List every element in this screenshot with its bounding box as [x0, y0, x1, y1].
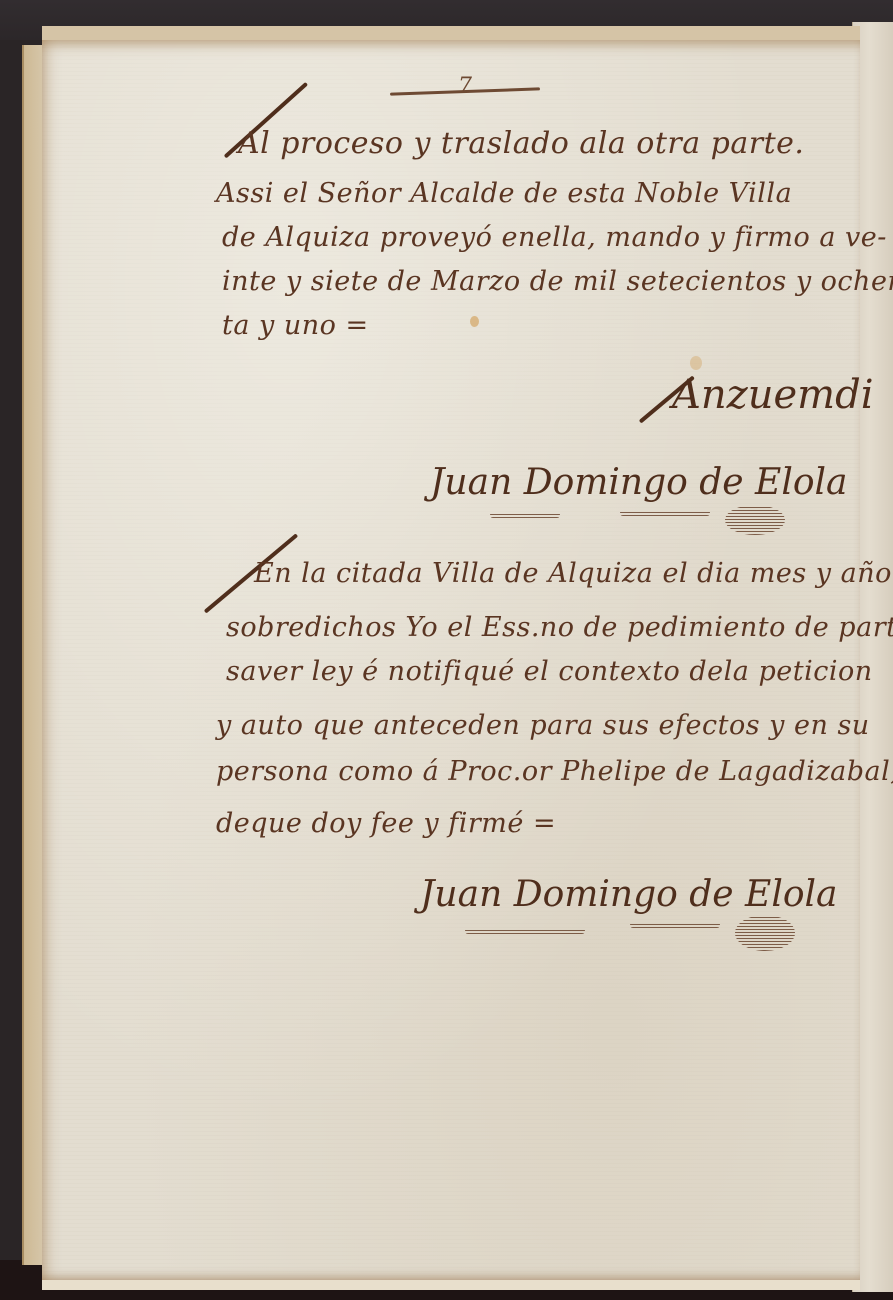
text-line: deque doy fee y firmé = [216, 808, 556, 839]
signature-escribano: Juan Domingo de Elola [430, 462, 847, 503]
ink-stain [470, 316, 479, 327]
text-line: sobredichos Yo el Ess.no de pedimiento d… [226, 612, 893, 643]
signature-flourish [465, 928, 585, 934]
signature-flourish [630, 922, 720, 928]
text-line: saver ley é notifiqué el contexto dela p… [226, 656, 873, 687]
signature-rubric: Anzuemdi [672, 372, 873, 418]
text-line: y auto que anteceden para sus efectos y … [216, 710, 870, 741]
ink-stain [690, 356, 702, 370]
signature-flourish [735, 915, 795, 951]
text-line: persona como á Proc.or Phelipe de Lagadi… [216, 756, 893, 787]
signature-flourish [490, 512, 560, 518]
text-line: ta y uno = [222, 310, 369, 341]
signature-flourish [725, 505, 785, 535]
text-line: Assi el Señor Alcalde de esta Noble Vill… [216, 178, 792, 209]
folio-number: 7 [458, 74, 472, 99]
signature-flourish [620, 510, 710, 516]
folio-mark: 7 [390, 80, 540, 100]
text-line: En la citada Villa de Alquiza el dia mes… [254, 558, 892, 589]
text-line: de Alquiza proveyó enella, mando y firmo… [222, 222, 887, 253]
text-line: inte y siete de Marzo de mil setecientos… [222, 266, 893, 297]
signature-escribano: Juan Domingo de Elola [420, 874, 837, 915]
text-line: Al proceso y traslado ala otra parte. [238, 126, 804, 161]
